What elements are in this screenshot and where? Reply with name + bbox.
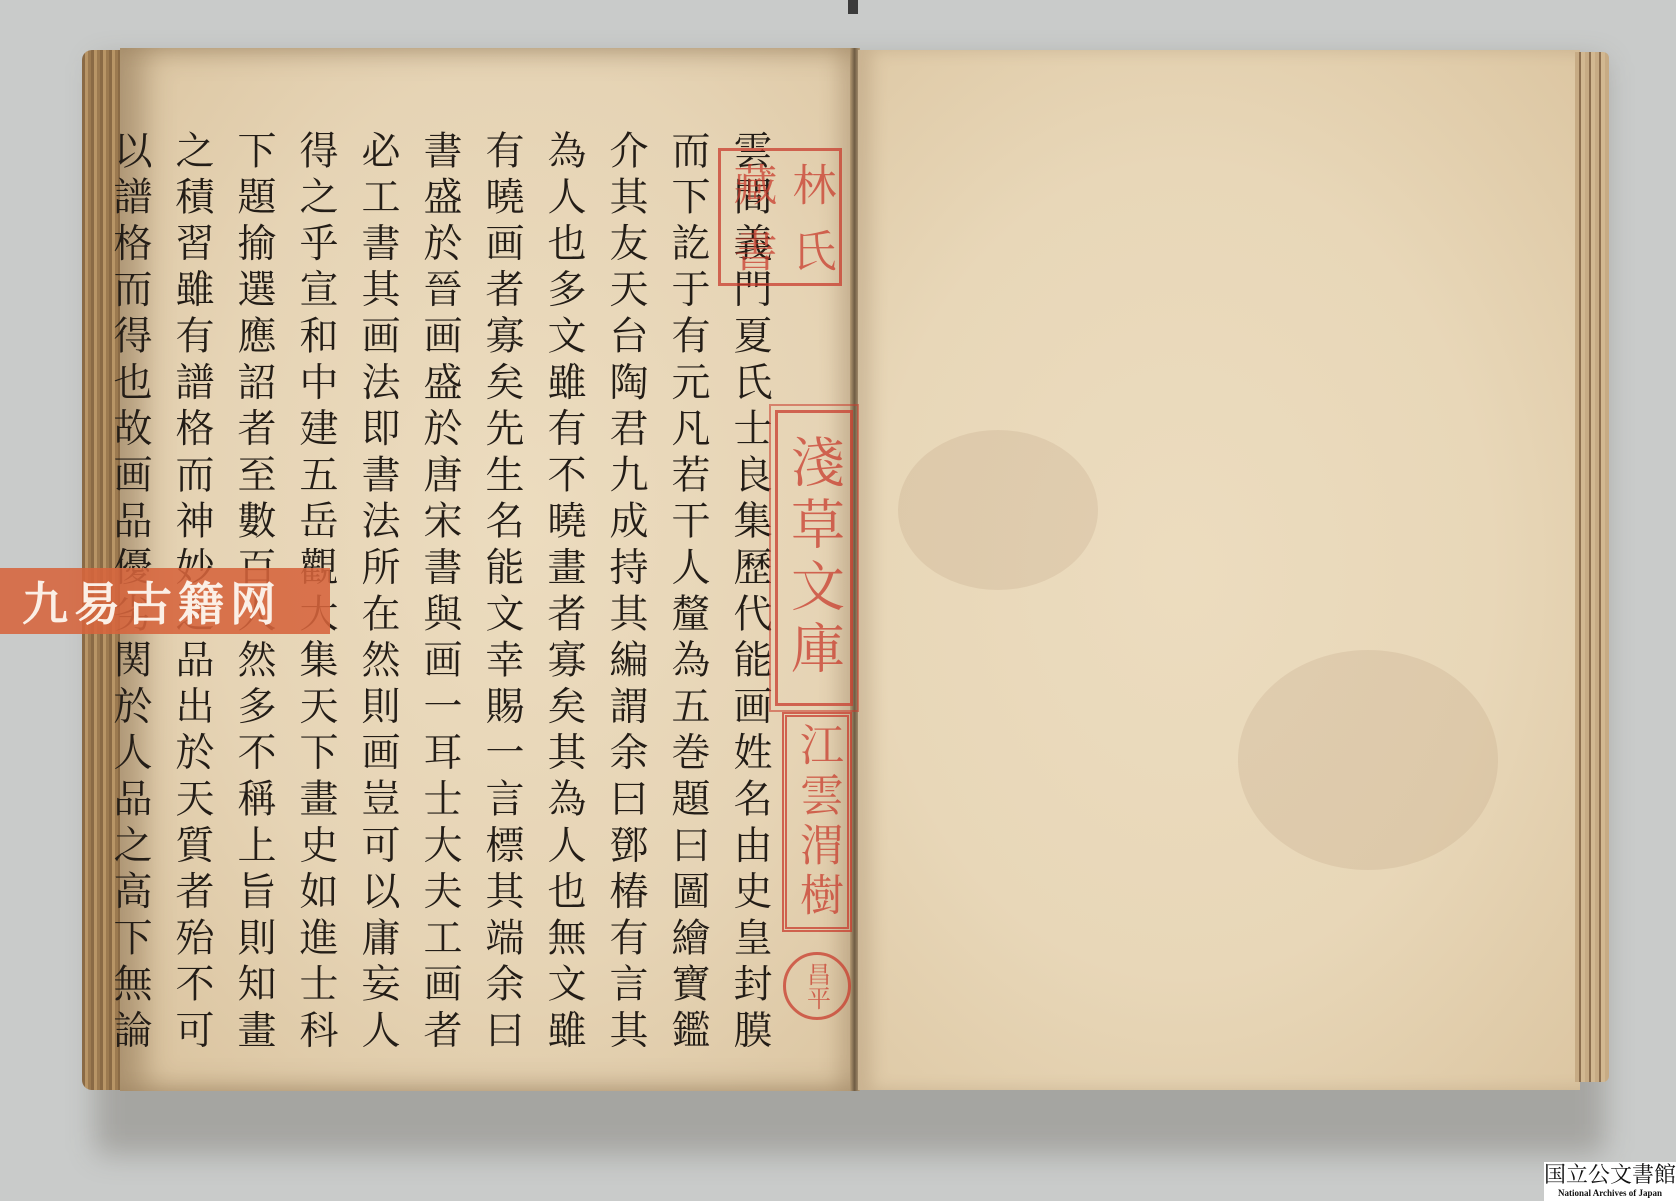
archive-logo-jp: 国立公文書館 [1544,1164,1676,1188]
text-column-2: 而下訖于有元凡若干人釐為五巻題曰圖繪寶鑑 [656,130,718,1010]
right-page-edges [1575,52,1609,1082]
seal-char: 林 [788,151,832,217]
archive-logo-en: National Archives of Japan [1558,1188,1662,1199]
spine-mark [848,0,858,14]
paper-stain [1238,650,1498,870]
seal-asakusa-bunko: 淺草文庫 [775,410,853,706]
national-archives-logo: 国立公文書館 National Archives of Japan [1544,1162,1676,1201]
seal-char: 氏 [788,217,832,283]
seal-char: 書 [729,217,773,283]
paper-stain [898,430,1098,590]
seal-kou-un-i-ju: 江雲渭樹 [782,712,852,932]
right-page [858,50,1580,1090]
watermark-text: 九易古籍网 [22,568,282,634]
text-column-4: 為人也多文雖有不曉畫者寡矣其為人也無文雖 [532,130,594,1010]
seal-text: 昌平 [800,962,835,1010]
seal-text: 江雲渭樹 [785,722,849,922]
text-column-7: 必工書其画法即書法所在然則画豈可以庸妄人 [346,130,408,1010]
seal-round: 昌平 [783,952,851,1020]
seal-text: 淺草文庫 [776,434,853,682]
site-watermark: 九易古籍网 [0,568,330,634]
text-column-3: 介其友天台陶君九成持其編謂余曰鄧椿有言其 [594,130,656,1010]
seal-lin-shi-zang-shu: 林 氏 藏 書 [718,148,842,286]
seal-char: 藏 [729,151,773,217]
text-column-5: 有曉画者寡矣先生名能文幸賜一言標其端余曰 [470,130,532,1010]
text-column-6: 書盛於晉画盛於唐宋書與画一耳士大夫工画者 [408,130,470,1010]
